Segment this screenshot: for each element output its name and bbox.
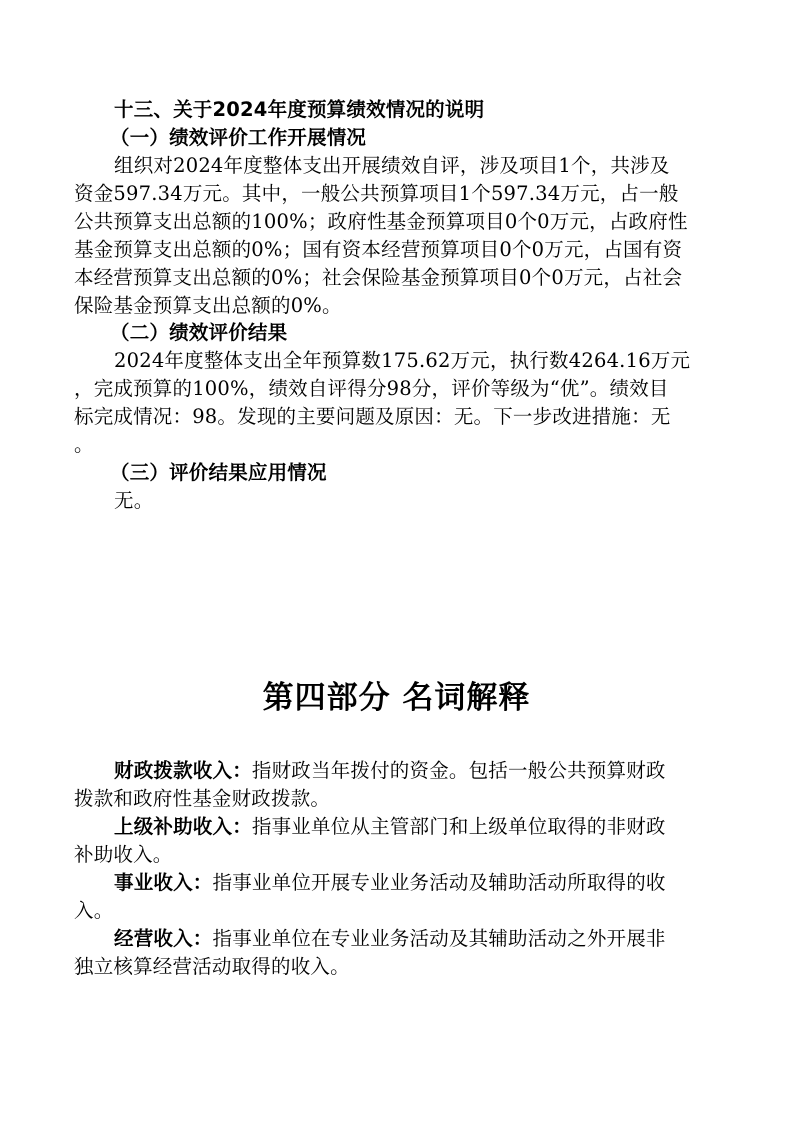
term-label: 经营收入： — [114, 927, 213, 950]
subsection-heading-2: （二）绩效评价结果 — [110, 319, 287, 347]
term-text: 指事业单位开展专业业务活动及辅助活动所取得的收 — [213, 871, 666, 894]
term-definition-3: 事业收入：指事业单位开展专业业务活动及辅助活动所取得的收 — [114, 869, 666, 897]
paragraph-line: 标完成情况：98。发现的主要问题及原因：无。下一步改进措施：无 — [74, 403, 671, 431]
term-definition-2: 上级补助收入：指事业单位从主管部门和上级单位取得的非财政 — [114, 813, 666, 841]
term-definition-4-cont: 独立核算经营活动取得的收入。 — [74, 953, 350, 981]
paragraph-line: 2024年度整体支出全年预算数175.62万元，执行数4264.16万元 — [114, 347, 690, 375]
paragraph-line: ，完成预算的100%，绩效自评得分98分，评价等级为“优”。绩效目 — [74, 375, 669, 403]
paragraph-line: 。 — [74, 431, 94, 459]
section-heading: 十三、关于2024年度预算绩效情况的说明 — [114, 96, 484, 124]
paragraph-line: 资金597.34万元。其中，一般公共预算项目1个597.34万元，占一般 — [74, 180, 679, 208]
part-title: 第四部分 名词解释 — [0, 678, 793, 718]
paragraph-line: 保险基金预算支出总额的0%。 — [74, 292, 342, 320]
term-definition-1: 财政拨款收入：指财政当年拨付的资金。包括一般公共预算财政 — [114, 757, 666, 785]
paragraph-line: 组织对2024年度整体支出开展绩效自评，涉及项目1个，共涉及 — [114, 152, 670, 180]
term-definition-2-cont: 补助收入。 — [74, 841, 173, 869]
term-definition-3-cont: 入。 — [74, 897, 113, 925]
document-page: 十三、关于2024年度预算绩效情况的说明 （一）绩效评价工作开展情况 组织对20… — [0, 0, 793, 1122]
term-text: 指事业单位从主管部门和上级单位取得的非财政 — [252, 815, 666, 838]
term-label: 事业收入： — [114, 871, 213, 894]
term-label: 财政拨款收入： — [114, 759, 252, 782]
paragraph-line: 本经营预算支出总额的0%；社会保险基金预算项目0个0万元，占社会 — [74, 264, 682, 292]
paragraph-line: 公共预算支出总额的100%；政府性基金预算项目0个0万元，占政府性 — [74, 208, 688, 236]
paragraph-line: 基金预算支出总额的0%；国有资本经营预算项目0个0万元，占国有资 — [74, 236, 682, 264]
paragraph-line: 无。 — [114, 487, 153, 515]
subsection-heading-1: （一）绩效评价工作开展情况 — [110, 124, 366, 152]
term-text: 指财政当年拨付的资金。包括一般公共预算财政 — [252, 759, 666, 782]
subsection-heading-3: （三）评价结果应用情况 — [110, 459, 327, 487]
term-label: 上级补助收入： — [114, 815, 252, 838]
term-definition-4: 经营收入：指事业单位在专业业务活动及其辅助活动之外开展非 — [114, 925, 666, 953]
term-text: 指事业单位在专业业务活动及其辅助活动之外开展非 — [213, 927, 666, 950]
term-definition-1-cont: 拨款和政府性基金财政拨款。 — [74, 785, 330, 813]
